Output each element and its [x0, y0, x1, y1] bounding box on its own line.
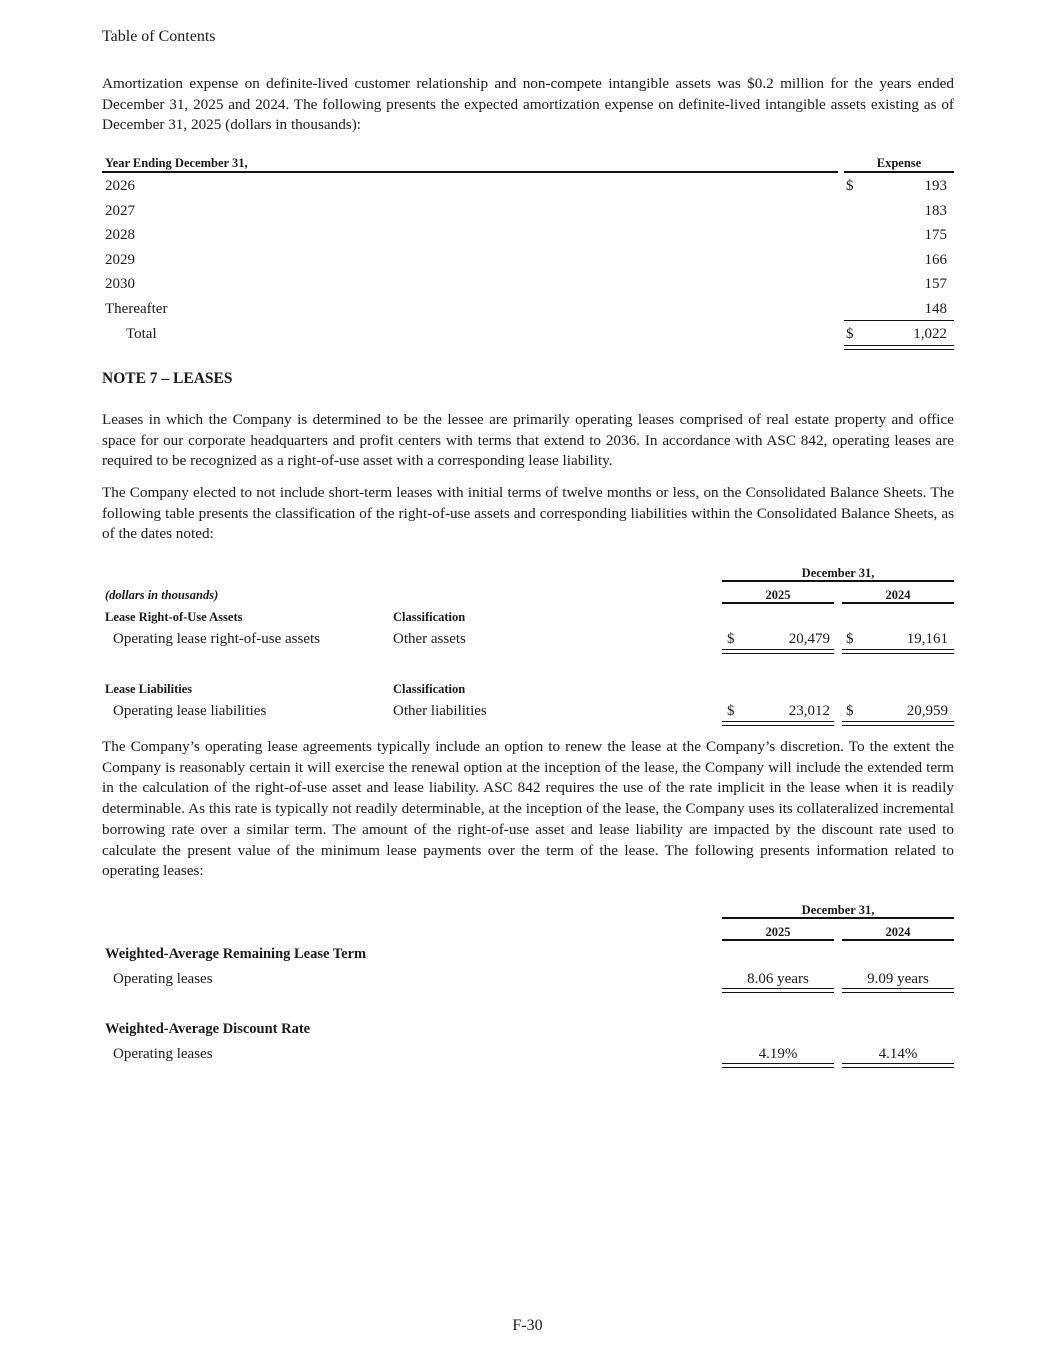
table-row: 2029 166: [102, 246, 954, 271]
classification-header: Classification: [393, 679, 465, 700]
year-header-rule: [842, 602, 954, 604]
currency-symbol: $: [727, 701, 735, 722]
units-label: (dollars in thousands): [105, 585, 218, 606]
row-item: Operating leases: [113, 1044, 213, 1065]
currency-symbol: $: [846, 701, 854, 722]
row-expense: 157: [925, 274, 948, 295]
table-row: 2027 183: [102, 197, 954, 222]
note-title: NOTE 7 – LEASES: [102, 369, 233, 390]
row-year: 2027: [105, 201, 135, 222]
value-2025: 20,479: [789, 629, 830, 650]
value-2024: 19,161: [907, 629, 948, 650]
value-2025: 4.19%: [722, 1044, 834, 1065]
year-header-rule: [722, 602, 834, 604]
total-double-rule: [844, 345, 954, 350]
double-rule: [722, 721, 834, 726]
total-expense: 1,022: [913, 324, 947, 345]
value-2024: 20,959: [907, 701, 948, 722]
section-title-assets: Lease Right-of-Use Assets: [105, 607, 242, 628]
table-row: 2028 175: [102, 221, 954, 246]
section-title-discount-rate: Weighted-Average Discount Rate: [105, 1019, 310, 1040]
page-number: F-30: [0, 1316, 1055, 1337]
section-title-liabilities: Lease Liabilities: [105, 679, 192, 700]
period-header-rule: [722, 580, 954, 582]
value-2025: 8.06 years: [722, 969, 834, 990]
currency-symbol: $: [727, 629, 735, 650]
currency-symbol: $: [846, 176, 854, 197]
double-rule: [842, 1063, 954, 1068]
double-rule: [842, 988, 954, 993]
double-rule: [722, 988, 834, 993]
row-expense: 166: [925, 250, 948, 271]
row-item: Operating leases: [113, 969, 213, 990]
period-header-rule: [722, 917, 954, 919]
row-expense: 183: [925, 201, 948, 222]
table-row: 2030 157: [102, 270, 954, 295]
table-row: 2026 $ 193: [102, 172, 954, 197]
row-item: Operating lease right-of-use assets: [113, 629, 320, 650]
year-header-rule: [722, 939, 834, 941]
double-rule: [722, 649, 834, 654]
total-label: Total: [126, 324, 157, 345]
row-classification: Other liabilities: [393, 701, 487, 722]
row-year: 2026: [105, 176, 135, 197]
leases-paragraph-2: The Company elected to not include short…: [102, 483, 954, 545]
leases-paragraph-3: The Company’s operating lease agreements…: [102, 737, 954, 882]
amortization-table-header: Year Ending December 31, Expense: [102, 153, 954, 172]
row-classification: Other assets: [393, 629, 466, 650]
year-header-rule: [842, 939, 954, 941]
row-year: 2029: [105, 250, 135, 271]
row-year: Thereafter: [105, 299, 167, 320]
double-rule: [842, 721, 954, 726]
row-expense: 193: [925, 176, 948, 197]
row-year: 2030: [105, 274, 135, 295]
table-row: Thereafter 148: [102, 295, 954, 320]
currency-symbol: $: [846, 324, 854, 345]
amortization-table: Year Ending December 31, Expense 2026 $ …: [102, 153, 954, 344]
leases-paragraph-1: Leases in which the Company is determine…: [102, 410, 954, 472]
value-2024: 9.09 years: [842, 969, 954, 990]
classification-header: Classification: [393, 607, 465, 628]
value-2024: 4.14%: [842, 1044, 954, 1065]
value-2025: 23,012: [789, 701, 830, 722]
amortization-intro-paragraph: Amortization expense on definite-lived c…: [102, 74, 954, 136]
total-row: Total $ 1,022: [102, 320, 954, 345]
row-expense: 148: [925, 299, 948, 320]
row-expense: 175: [925, 225, 948, 246]
row-year: 2028: [105, 225, 135, 246]
section-title-lease-term: Weighted-Average Remaining Lease Term: [105, 944, 366, 965]
currency-symbol: $: [846, 629, 854, 650]
double-rule: [842, 649, 954, 654]
double-rule: [722, 1063, 834, 1068]
row-item: Operating lease liabilities: [113, 701, 266, 722]
table-of-contents-link[interactable]: Table of Contents: [102, 27, 216, 48]
